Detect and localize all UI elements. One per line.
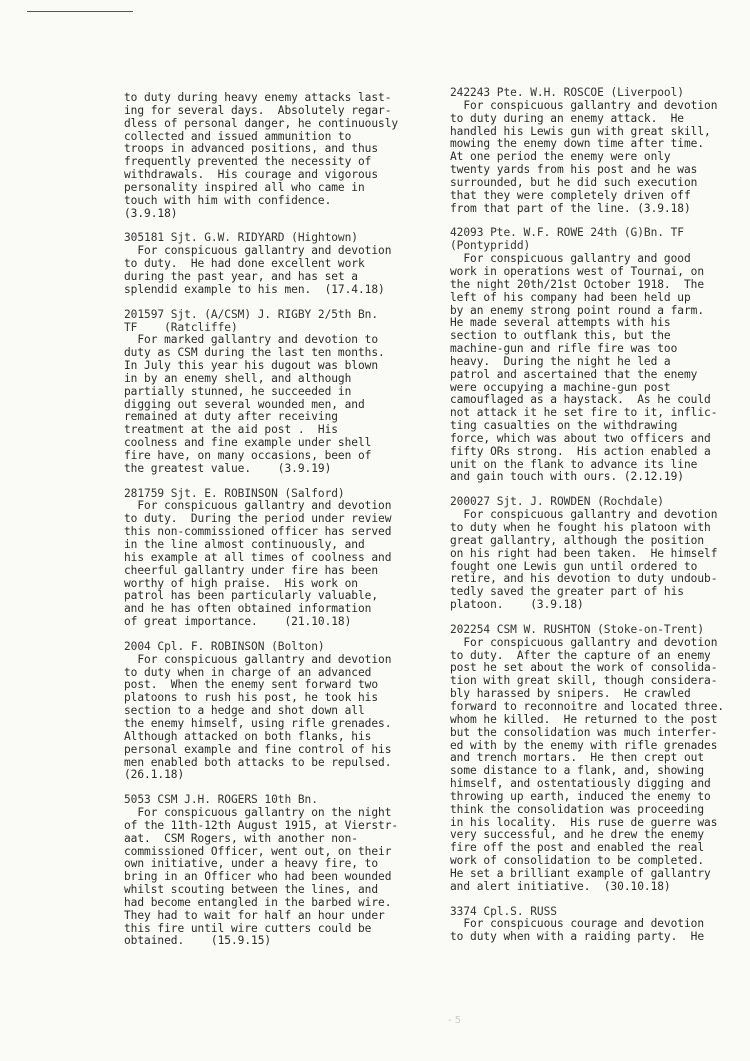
- top-rule-divider: [27, 11, 133, 12]
- heading-line: 201597 Sjt. (A/CSM) J. RIGBY 2/5th Bn.: [124, 309, 424, 322]
- body-line: splendid example to his men. (17.4.18): [124, 284, 424, 297]
- body-line: the enemy himself, using rifle grenades.: [124, 718, 424, 731]
- right-column: 242243 Pte. W.H. ROSCOE (Liverpool) For …: [450, 87, 750, 956]
- body-line: to duty during heavy enemy attacks last-: [124, 92, 424, 105]
- body-line: forward to reconnoitre and located three…: [450, 701, 750, 714]
- body-line: ing for several days. Absolutely regar-: [124, 105, 424, 118]
- citation-entry: 281759 Sjt. E. ROBINSON (Salford) For co…: [124, 488, 424, 629]
- body-line: whom he killed. He returned to the post: [450, 714, 750, 727]
- citation-heading: 202254 CSM W. RUSHTON (Stoke-on-Trent): [450, 624, 750, 637]
- heading-line: 242243 Pte. W.H. ROSCOE (Liverpool): [450, 87, 750, 100]
- citation-body: For conspicuous gallantry and devotionto…: [450, 637, 750, 894]
- citation-body: For conspicuous courage and devotionto d…: [450, 918, 750, 944]
- citation-entry: 242243 Pte. W.H. ROSCOE (Liverpool) For …: [450, 87, 750, 215]
- citation-heading: 242243 Pte. W.H. ROSCOE (Liverpool): [450, 87, 750, 100]
- citation-body: For marked gallantry and devotion toduty…: [124, 334, 424, 475]
- citation-body: For conspicuous gallantry on the nightof…: [124, 807, 424, 948]
- body-line: of great importance. (21.10.18): [124, 616, 424, 629]
- heading-line: 202254 CSM W. RUSHTON (Stoke-on-Trent): [450, 624, 750, 637]
- body-line: fire have, on many occasions, been of: [124, 450, 424, 463]
- body-line: For conspicuous gallantry and devotion: [450, 637, 750, 650]
- body-line: In July this year his dugout was blown: [124, 360, 424, 373]
- body-line: (3.9.18): [124, 208, 424, 221]
- body-line: think the consolidation was proceeding: [450, 804, 750, 817]
- body-line: For conspicuous gallantry and devotion: [450, 100, 750, 113]
- body-line: but the consolidation was much interfer-: [450, 727, 750, 740]
- body-line: (26.1.18): [124, 769, 424, 782]
- body-line: in the line almost continuously, and: [124, 539, 424, 552]
- citation-body: For conspicuous gallantry and devotionto…: [124, 245, 424, 296]
- body-line: during the past year, and has set a: [124, 271, 424, 284]
- citation-body: For conspicuous gallantry and devotionto…: [124, 500, 424, 628]
- body-line: personal example and fine control of his: [124, 744, 424, 757]
- citation-heading: 2004 Cpl. F. ROBINSON (Bolton): [124, 641, 424, 654]
- body-line: withdrawals. His courage and vigorous: [124, 169, 424, 182]
- body-line: obtained. (15.9.15): [124, 935, 424, 948]
- citation-entry: 42093 Pte. W.F. ROWE 24th (G)Bn. TF(Pont…: [450, 227, 750, 484]
- citation-body: For conspicuous gallantry and devotionto…: [450, 100, 750, 216]
- body-line: had become entangled in the barbed wire.: [124, 897, 424, 910]
- body-line: to duty when with a raiding party. He: [450, 931, 750, 944]
- body-line: throwing up earth, induced the enemy to: [450, 791, 750, 804]
- body-line: work in operations west of Tournai, on: [450, 266, 750, 279]
- body-line: to duty during an enemy attack. He: [450, 113, 750, 126]
- citation-entry: 3374 Cpl.S. RUSS For conspicuous courage…: [450, 906, 750, 945]
- body-line: patrol and ascertained that the enemy: [450, 369, 750, 382]
- body-line: from that part of the line. (3.9.18): [450, 203, 750, 216]
- body-line: fifty ORs strong. His action enabled a: [450, 446, 750, 459]
- body-line: in by an enemy shell, and although: [124, 373, 424, 386]
- citation-entry: 201597 Sjt. (A/CSM) J. RIGBY 2/5th Bn.TF…: [124, 309, 424, 476]
- body-line: For conspicuous gallantry and devotion: [124, 654, 424, 667]
- body-line: to duty when he fought his platoon with: [450, 522, 750, 535]
- citation-body: to duty during heavy enemy attacks last-…: [124, 92, 424, 220]
- body-line: coolness and fine example under shell: [124, 437, 424, 450]
- page-number: - 5: [448, 1015, 461, 1026]
- body-line: For conspicuous gallantry on the night: [124, 807, 424, 820]
- body-line: whilst scouting between the lines, and: [124, 884, 424, 897]
- citation-entry: to duty during heavy enemy attacks last-…: [124, 92, 424, 220]
- citation-heading: 42093 Pte. W.F. ROWE 24th (G)Bn. TF(Pont…: [450, 227, 750, 253]
- body-line: the night 20th/21st October 1918. The: [450, 279, 750, 292]
- citation-body: For conspicuous gallantry and devotionto…: [450, 509, 750, 612]
- body-line: Although attacked on both flanks, his: [124, 731, 424, 744]
- body-line: touch with him with confidence.: [124, 195, 424, 208]
- body-line: work of consolidation to be completed.: [450, 855, 750, 868]
- body-line: on his right had been taken. He himself: [450, 548, 750, 561]
- body-line: and alert initiative. (30.10.18): [450, 881, 750, 894]
- body-line: the greatest value. (3.9.19): [124, 463, 424, 476]
- body-line: twenty yards from his post and he was: [450, 164, 750, 177]
- citation-entry: 200027 Sjt. J. ROWDEN (Rochdale) For con…: [450, 496, 750, 612]
- body-line: great gallantry, although the position: [450, 535, 750, 548]
- body-line: He set a brilliant example of gallantry: [450, 868, 750, 881]
- citation-entry: 202254 CSM W. RUSHTON (Stoke-on-Trent) F…: [450, 624, 750, 894]
- body-line: machine-gun and rifle fire was too: [450, 343, 750, 356]
- body-line: and gain touch with ours. (2.12.19): [450, 471, 750, 484]
- body-line: They had to wait for half an hour under: [124, 910, 424, 923]
- body-line: personality inspired all who came in: [124, 182, 424, 195]
- body-line: ting casualties on the withdrawing: [450, 420, 750, 433]
- heading-line: 2004 Cpl. F. ROBINSON (Bolton): [124, 641, 424, 654]
- body-line: of the 11th-12th August 1915, at Vierstr…: [124, 820, 424, 833]
- left-column: to duty during heavy enemy attacks last-…: [124, 92, 424, 960]
- citation-heading: 201597 Sjt. (A/CSM) J. RIGBY 2/5th Bn.TF…: [124, 309, 424, 335]
- body-line: aat. CSM Rogers, with another non-: [124, 833, 424, 846]
- body-line: left of his company had been held up: [450, 292, 750, 305]
- body-line: partially stunned, he succeeded in: [124, 386, 424, 399]
- body-line: that they were completely driven off: [450, 190, 750, 203]
- body-line: cheerful gallantry under fire has been: [124, 565, 424, 578]
- body-line: heavy. During the night he led a: [450, 356, 750, 369]
- citation-entry: 305181 Sjt. G.W. RIDYARD (Hightown) For …: [124, 232, 424, 296]
- body-line: himself, and ostentatiously digging and: [450, 778, 750, 791]
- body-line: force, which was about two officers and: [450, 433, 750, 446]
- body-line: platoon. (3.9.18): [450, 599, 750, 612]
- citation-entry: 2004 Cpl. F. ROBINSON (Bolton) For consp…: [124, 641, 424, 782]
- citation-body: For conspicuous gallantry and goodwork i…: [450, 253, 750, 484]
- body-line: dless of personal danger, he continuousl…: [124, 118, 424, 131]
- body-line: his example at all times of coolness and: [124, 552, 424, 565]
- citation-entry: 5053 CSM J.H. ROGERS 10th Bn. For conspi…: [124, 794, 424, 948]
- citation-body: For conspicuous gallantry and devotionto…: [124, 654, 424, 782]
- body-line: surrounded, but he did such execution: [450, 177, 750, 190]
